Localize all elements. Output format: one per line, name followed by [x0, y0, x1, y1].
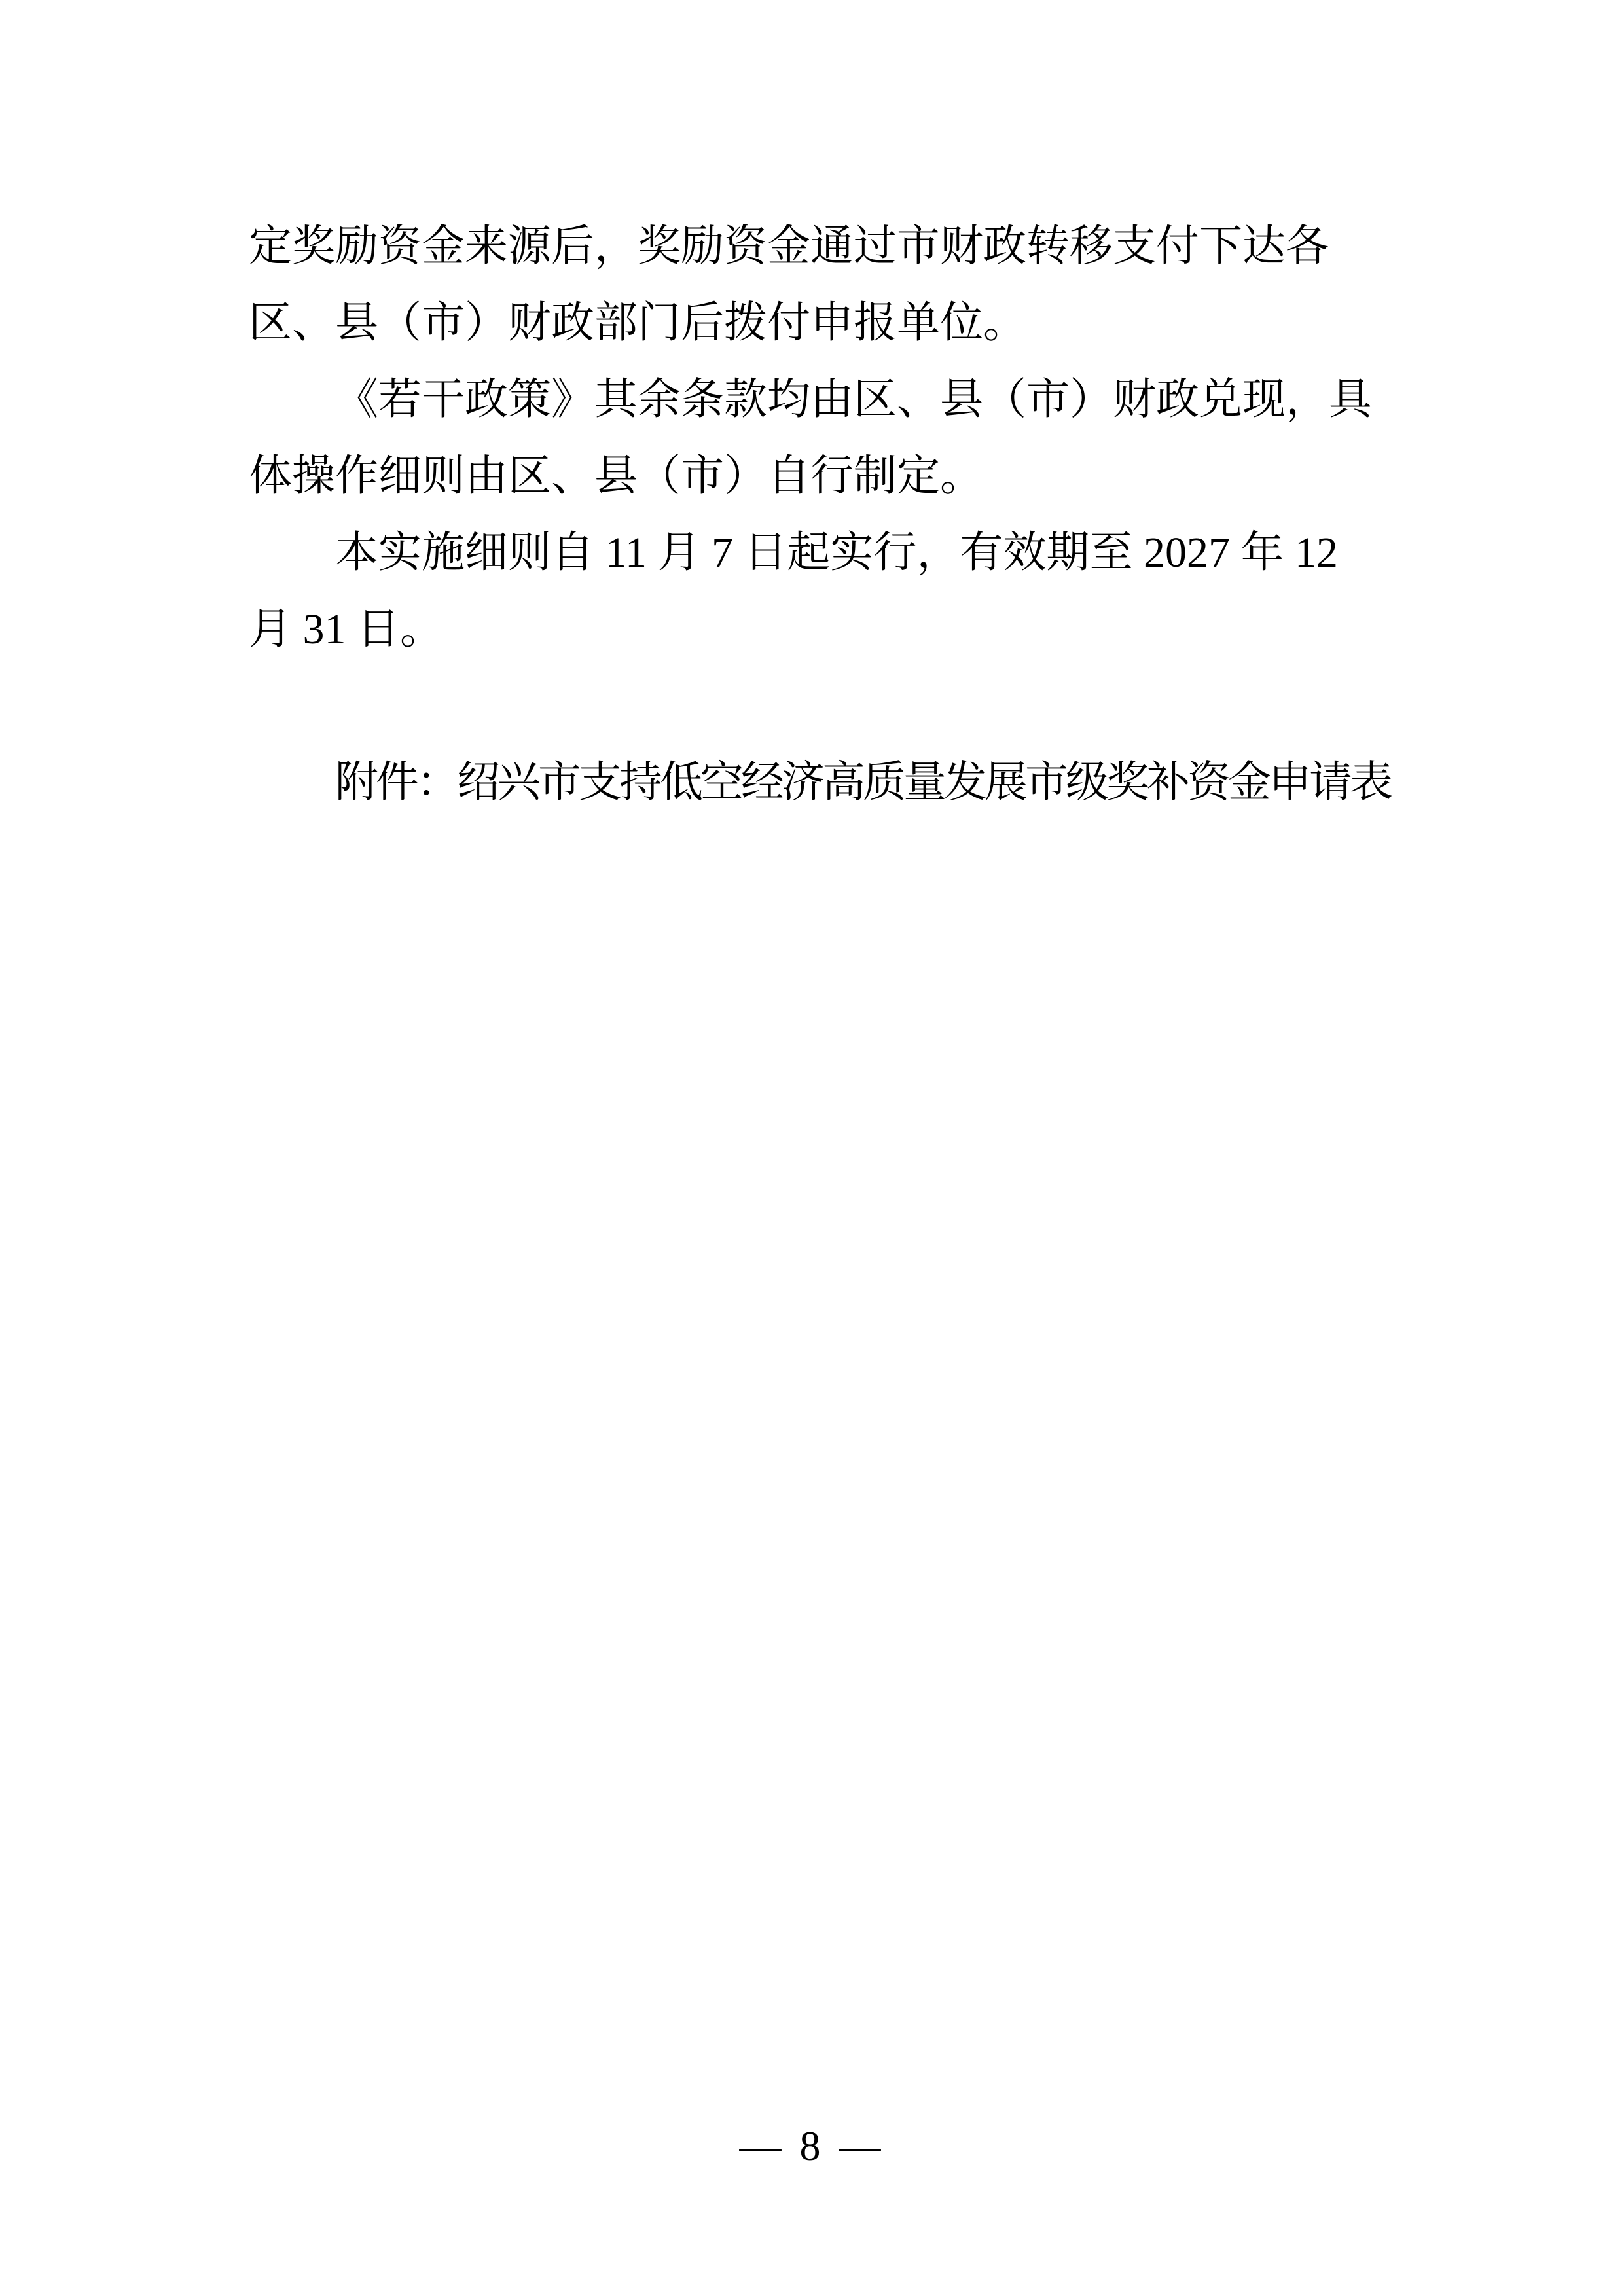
- body-text-line: 月 31 日。: [249, 591, 1378, 668]
- body-text-line: 《若干政策》其余条款均由区、县（市）财政兑现，具: [249, 361, 1378, 438]
- body-text-line: 区、县（市）财政部门后拨付申报单位。: [249, 285, 1378, 361]
- document-body: 定奖励资金来源后，奖励资金通过市财政转移支付下达各 区、县（市）财政部门后拨付申…: [249, 208, 1378, 821]
- body-text-line: 体操作细则由区、县（市）自行制定。: [249, 438, 1378, 514]
- attachment-reference-line: 附件：绍兴市支持低空经济高质量发展市级奖补资金申请表: [249, 744, 1378, 821]
- body-text-line: 定奖励资金来源后，奖励资金通过市财政转移支付下达各: [249, 208, 1378, 285]
- page-number: — 8 —: [0, 2123, 1624, 2170]
- document-page: 定奖励资金来源后，奖励资金通过市财政转移支付下达各 区、县（市）财政部门后拨付申…: [0, 0, 1624, 2296]
- body-text-line: 本实施细则自 11 月 7 日起实行，有效期至 2027 年 12: [249, 514, 1378, 591]
